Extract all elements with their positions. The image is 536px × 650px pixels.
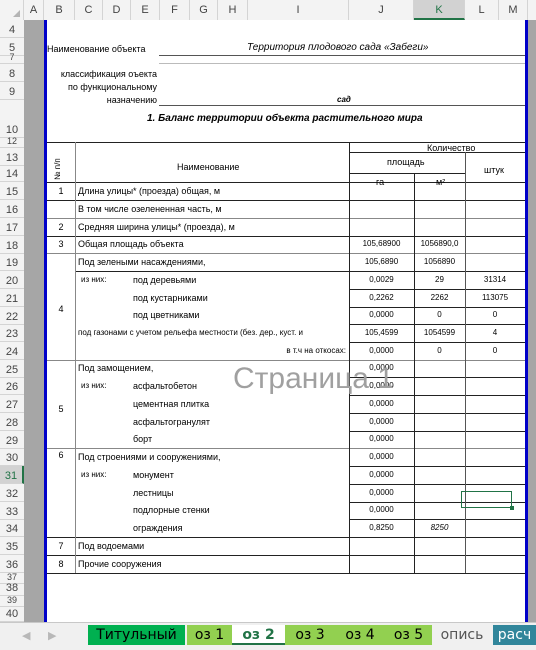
row-header-28[interactable]: 28 (0, 413, 24, 431)
row-border (349, 431, 525, 432)
row-header-bar: 4578910121314151617181920212223242526272… (0, 20, 25, 622)
row-header-29[interactable]: 29 (0, 431, 24, 449)
row-border (349, 342, 525, 343)
cell-ha[interactable]: 0,0000 (349, 434, 414, 443)
cell-ha[interactable]: 0,0000 (349, 346, 414, 355)
underline (159, 55, 525, 56)
row-border (47, 218, 525, 219)
row-name: Под строениями и сооружениями, (78, 452, 221, 462)
underline (159, 63, 525, 64)
selected-cell-k31[interactable] (461, 491, 512, 508)
cell-m2[interactable]: 29 (414, 275, 465, 284)
underline (159, 105, 525, 106)
row-name: борт (133, 434, 152, 444)
column-header-l[interactable]: L (465, 0, 499, 20)
row-name: Под замощением, (78, 363, 153, 373)
cell-ha[interactable]: 0,0029 (349, 275, 414, 284)
cell-m2[interactable]: 2262 (414, 293, 465, 302)
cell-pcs[interactable]: 0 (465, 310, 525, 319)
row-border (349, 289, 525, 290)
row-border (47, 537, 525, 538)
row-name: лестницы (133, 488, 174, 498)
header-quantity: Количество (427, 143, 475, 153)
tab-next-icon[interactable]: ▶ (48, 629, 56, 642)
column-a-gray (24, 20, 44, 622)
row-name: Под водоемами (78, 541, 144, 551)
row-header-8[interactable]: 8 (0, 64, 24, 82)
section-title: 1. Баланс территории объекта растительно… (147, 113, 423, 124)
column-header-e[interactable]: E (131, 0, 160, 20)
column-header-d[interactable]: D (103, 0, 131, 20)
cell-m2[interactable]: 0 (414, 310, 465, 319)
row-border (47, 200, 525, 201)
row-header-22[interactable]: 22 (0, 307, 24, 325)
row-header-34[interactable]: 34 (0, 519, 24, 537)
cell-ha[interactable]: 105,4599 (349, 328, 414, 337)
row-header-35[interactable]: 35 (0, 537, 24, 555)
row-border (47, 555, 525, 556)
row-header-26[interactable]: 26 (0, 377, 24, 395)
tab-prev-icon[interactable]: ◀ (22, 629, 30, 642)
row-name: асфальтогранулят (133, 417, 210, 427)
row-header-36[interactable]: 36 (0, 555, 24, 573)
sheet-tab-bar: ◀ ▶ Титульныйоз 1оз 2оз 3оз 4оз 5описьра… (0, 622, 536, 650)
header-pcs: штук (484, 165, 504, 175)
cell-m2[interactable]: 1056890,0 (414, 239, 465, 248)
cell-ha[interactable]: 105,68900 (349, 239, 414, 248)
row-prefix: из них: (81, 470, 106, 479)
column-header-j[interactable]: J (349, 0, 414, 20)
row-name: Длина улицы* (проезда) общая, м (78, 186, 220, 196)
row-name: Под зелеными насаждениями, (78, 257, 206, 267)
row-border (349, 324, 525, 325)
cell-pcs[interactable]: 31314 (465, 275, 525, 284)
row-header-12[interactable]: 12 (0, 138, 24, 148)
row-number: 8 (47, 559, 75, 569)
row-header-13[interactable]: 13 (0, 148, 24, 166)
cell-ha[interactable]: 0,0000 (349, 399, 414, 408)
row-header-23[interactable]: 23 (0, 324, 24, 342)
row-header-31[interactable]: 31 (0, 466, 24, 484)
row-border (349, 466, 525, 467)
column-header-k[interactable]: K (414, 0, 465, 20)
sheet-tab-2[interactable]: оз 1 (187, 625, 232, 645)
sheet-tab-5[interactable]: оз 4 (335, 625, 385, 645)
cell-ha[interactable]: 0,2262 (349, 293, 414, 302)
row-border (349, 307, 525, 308)
row-border (349, 484, 525, 485)
row-header-9[interactable]: 9 (0, 82, 24, 100)
col-divider (75, 142, 76, 573)
row-header-19[interactable]: 19 (0, 253, 24, 271)
col-divider (414, 173, 415, 573)
row-border (47, 573, 525, 574)
row-name: под газонами с учетом рельефа местности … (78, 328, 303, 337)
row-name: под деревьями (133, 275, 196, 285)
row-header-15[interactable]: 15 (0, 182, 24, 200)
cell-ha[interactable]: 0,0000 (349, 488, 414, 497)
header-area: площадь (387, 157, 425, 167)
row-name: В том числе озелененная часть, м (78, 204, 222, 214)
row-number: 7 (47, 541, 75, 551)
column-header-b[interactable]: B (44, 0, 75, 20)
column-header-f[interactable]: F (160, 0, 190, 20)
row-header-40[interactable]: 40 (0, 607, 24, 622)
col-divider (349, 142, 350, 573)
cell-ha[interactable]: 105,6890 (349, 257, 414, 266)
row-header-33[interactable]: 33 (0, 502, 24, 520)
sheet-tab-1[interactable]: Титульный (88, 625, 185, 645)
header-num: № п/п (53, 158, 62, 180)
cell-m2[interactable]: 1054599 (414, 328, 465, 337)
row-number: 6 (47, 450, 75, 460)
row-header-30[interactable]: 30 (0, 448, 24, 466)
cell-m2[interactable]: 8250 (414, 523, 465, 532)
classification-value[interactable]: сад (337, 95, 351, 104)
row-name: подлорные стенки (133, 505, 210, 515)
cell-pcs[interactable]: 113075 (465, 293, 525, 302)
row-border (47, 448, 525, 449)
classification-label-2: по функциональному (68, 82, 157, 92)
page-watermark: Страница 1 (233, 362, 394, 396)
worksheet[interactable]: Наименование объекта Территория плодовог… (47, 20, 525, 622)
row-header-39[interactable]: 39 (0, 596, 24, 607)
sheet-tab-4[interactable]: оз 3 (285, 625, 335, 645)
object-name-value[interactable]: Территория плодового сада «Забеги» (247, 42, 429, 53)
column-header-g[interactable]: G (190, 0, 218, 20)
row-name: Общая площадь объекта (78, 239, 184, 249)
row-number: 5 (47, 404, 75, 414)
row-header-16[interactable]: 16 (0, 200, 24, 218)
sheet-tab-6[interactable]: оз 5 (385, 625, 432, 645)
classification-label-3: назначению (107, 95, 157, 105)
cell-ha[interactable]: 0,0000 (349, 505, 414, 514)
row-border (75, 271, 525, 272)
column-header-i[interactable]: I (248, 0, 349, 20)
row-header-4[interactable]: 4 (0, 20, 24, 38)
column-header-c[interactable]: C (75, 0, 103, 20)
row-prefix: из них: (81, 381, 106, 390)
row-name: в т.ч на откосах: (286, 346, 346, 355)
row-border (47, 253, 525, 254)
row-number: 1 (47, 186, 75, 196)
row-border (47, 236, 525, 237)
row-name: монумент (133, 470, 174, 480)
column-header-h[interactable]: H (218, 0, 248, 20)
cell-ha[interactable]: 0,0000 (349, 417, 414, 426)
row-name: цементная плитка (133, 399, 209, 409)
header-bottom-border (47, 182, 525, 183)
row-number: 4 (47, 304, 75, 314)
row-header-7[interactable]: 7 (0, 56, 24, 64)
sheet-tab-8[interactable]: расч (493, 625, 536, 645)
row-name: асфальтобетон (133, 381, 197, 391)
row-name: под цветниками (133, 310, 199, 320)
classification-label-1: классификация оъекта (61, 69, 157, 79)
row-number: 2 (47, 222, 75, 232)
object-name-label: Наименование объекта (47, 44, 145, 54)
header-divider (349, 173, 465, 174)
row-prefix: из них: (81, 275, 106, 284)
cell-pcs[interactable]: 4 (465, 328, 525, 337)
sheet-tab-3[interactable]: оз 2 (232, 625, 285, 645)
col-divider (465, 152, 466, 573)
row-header-27[interactable]: 27 (0, 395, 24, 413)
column-header-bar: ABCDEFGHIJKLM (0, 0, 536, 21)
select-all-button[interactable] (0, 0, 24, 20)
header-m2: м² (436, 177, 445, 187)
column-header-a[interactable]: A (24, 0, 44, 20)
cell-m2[interactable]: 1056890 (414, 257, 465, 266)
cell-ha[interactable]: 0,0000 (349, 470, 414, 479)
cell-pcs[interactable]: 0 (465, 346, 525, 355)
cell-ha[interactable]: 0,0000 (349, 310, 414, 319)
column-header-m[interactable]: M (499, 0, 528, 20)
row-border (349, 413, 525, 414)
row-header-10[interactable]: 10 (0, 100, 24, 138)
outside-print-area (528, 20, 536, 622)
row-name: ограждения (133, 523, 182, 533)
row-header-24[interactable]: 24 (0, 342, 24, 360)
row-number: 3 (47, 239, 75, 249)
row-header-14[interactable]: 14 (0, 166, 24, 182)
row-header-20[interactable]: 20 (0, 271, 24, 289)
row-header-18[interactable]: 18 (0, 236, 24, 254)
sheet-tab-7[interactable]: опись (432, 625, 492, 645)
header-name: Наименование (177, 162, 239, 172)
row-border (47, 360, 525, 361)
row-header-17[interactable]: 17 (0, 218, 24, 236)
header-ha: га (376, 177, 384, 187)
cell-ha[interactable]: 0,0000 (349, 452, 414, 461)
cell-m2[interactable]: 0 (414, 346, 465, 355)
row-name: под кустарниками (133, 293, 208, 303)
row-border (349, 519, 525, 520)
row-header-25[interactable]: 25 (0, 360, 24, 378)
row-name: Прочие сооружения (78, 559, 162, 569)
cell-ha[interactable]: 0,8250 (349, 523, 414, 532)
row-name: Средняя ширина улицы* (проезда), м (78, 222, 235, 232)
row-header-32[interactable]: 32 (0, 484, 24, 502)
row-header-21[interactable]: 21 (0, 289, 24, 307)
